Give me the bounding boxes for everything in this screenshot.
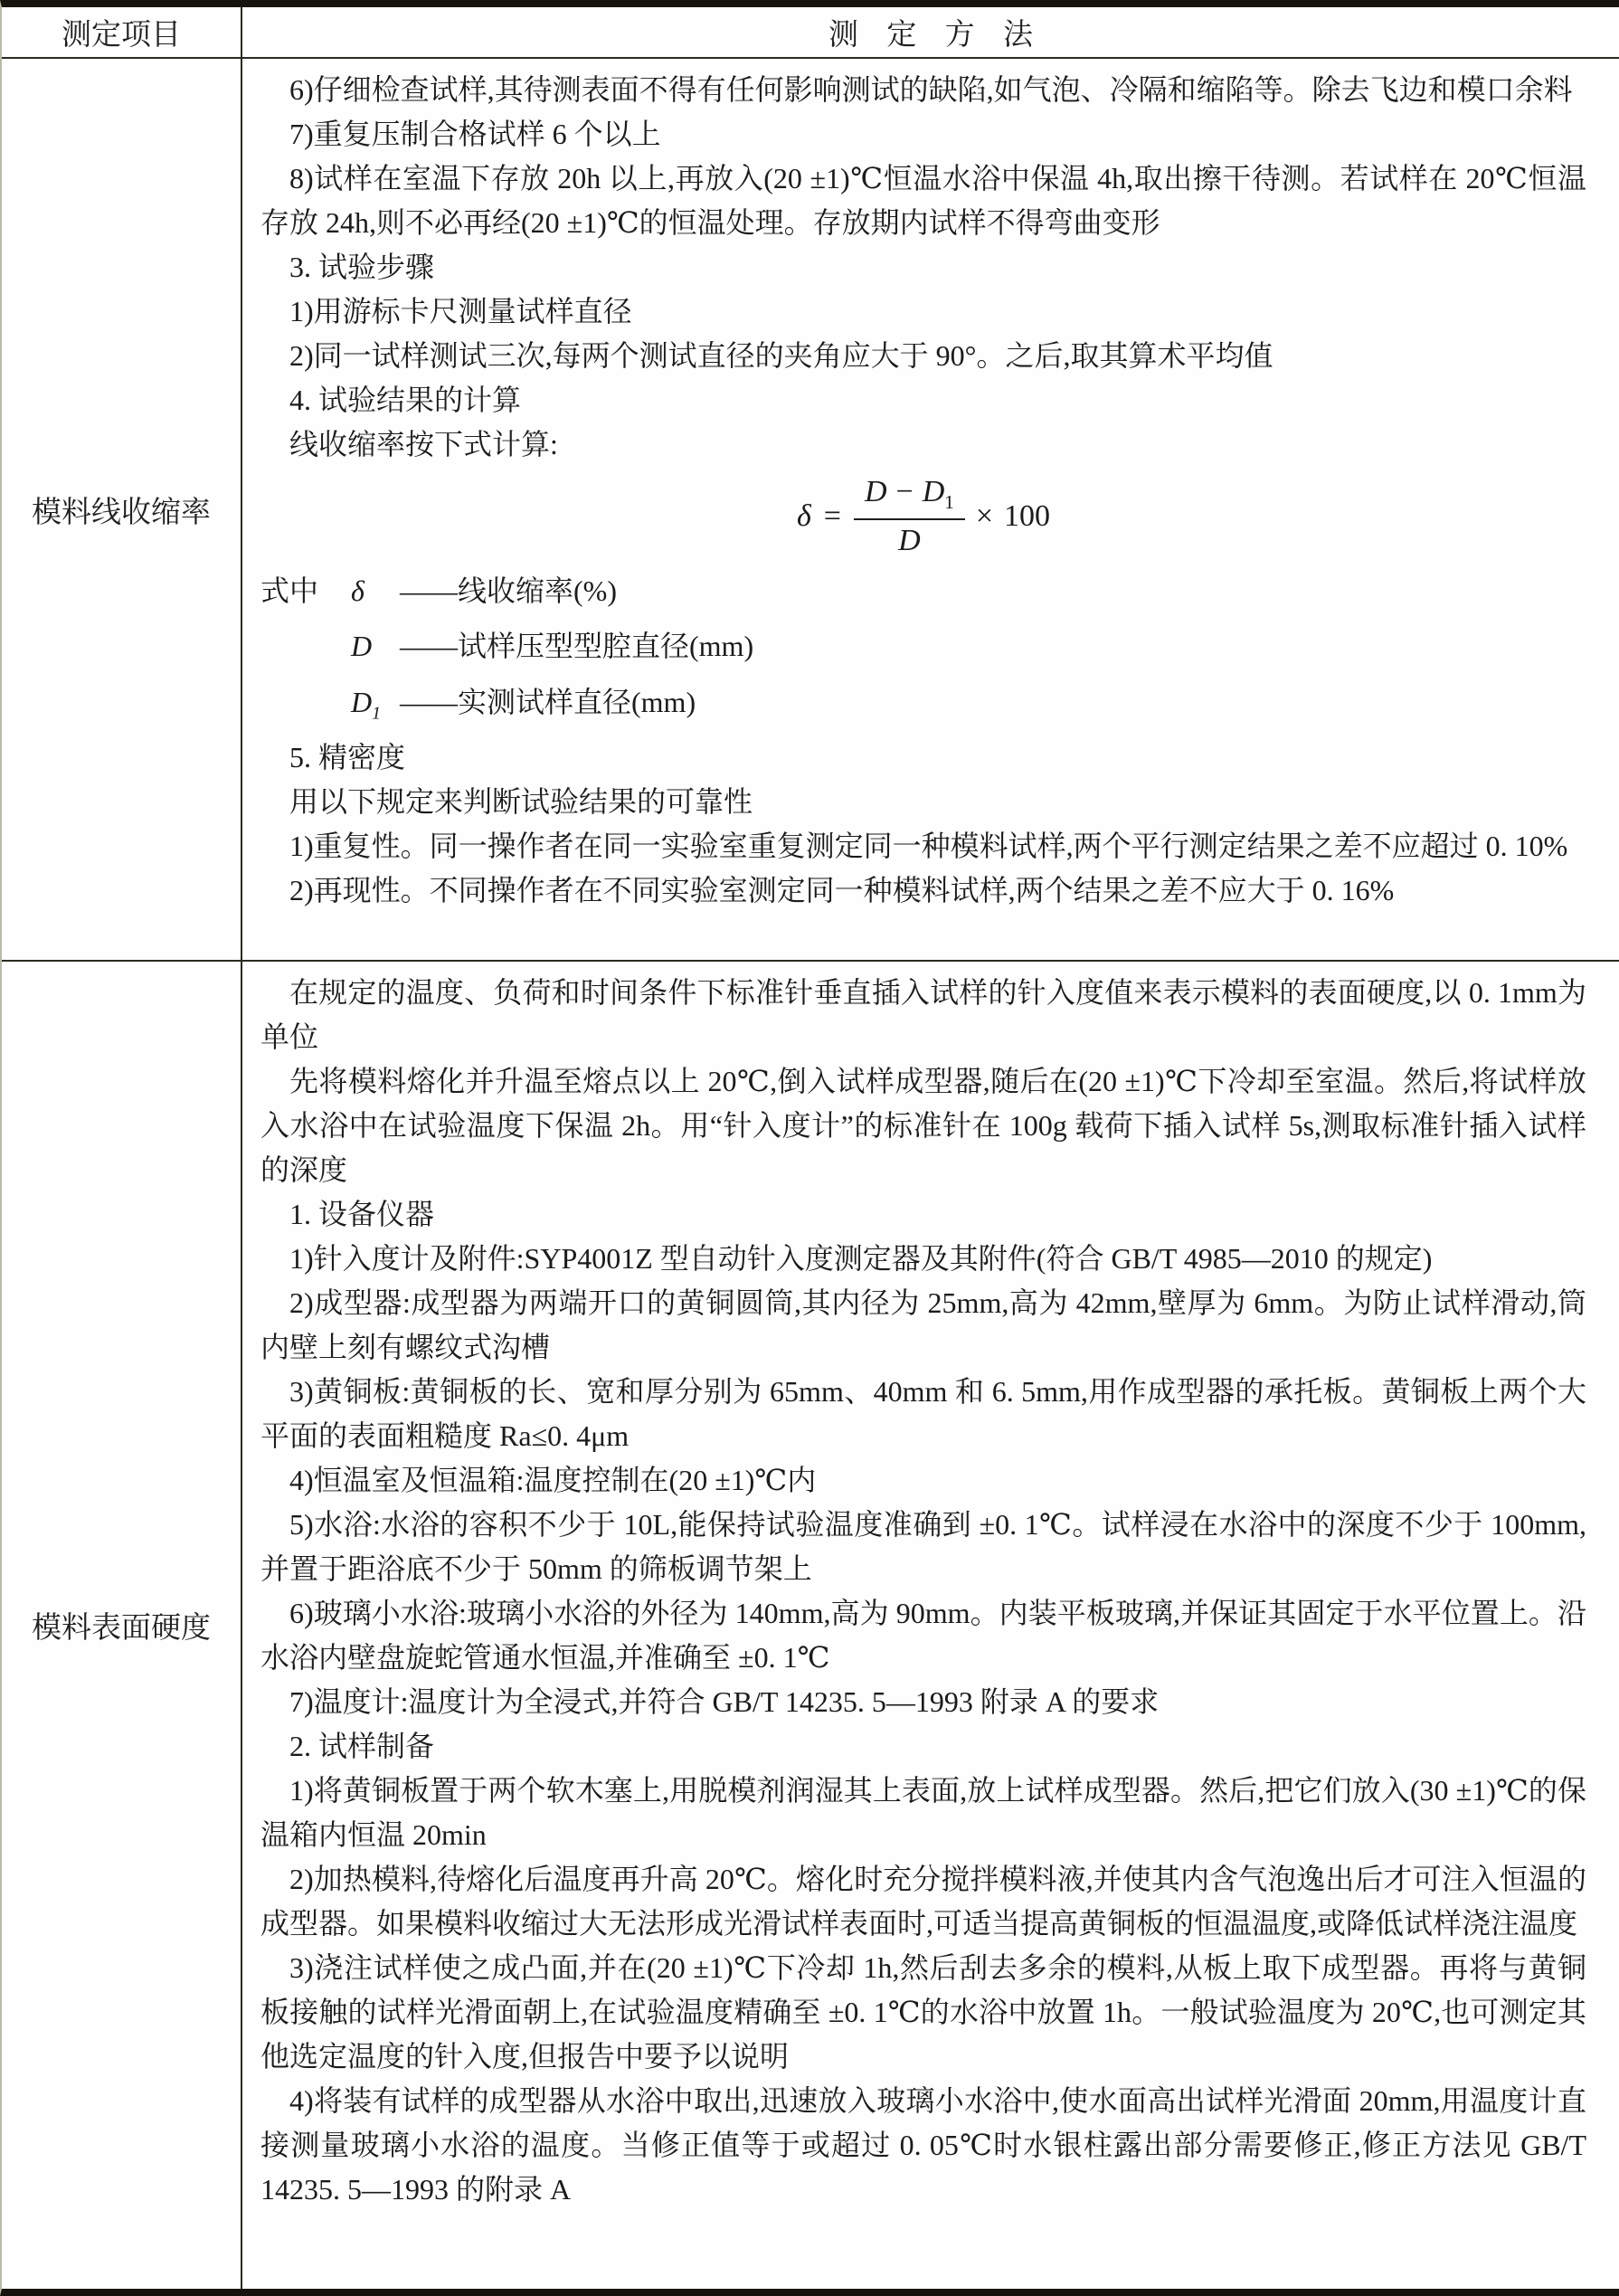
column-header-item: 测定项目 [2, 7, 242, 59]
row-label-cell-shrinkage: 模料线收缩率 [2, 59, 242, 962]
legend-line: D1——实测试样直径(mm) [260, 680, 1586, 735]
method-paragraph: 4. 试验结果的计算 [260, 378, 1586, 422]
formula-num-d1: D [923, 475, 945, 508]
legend-line: 式中δ——线收缩率(%) [260, 569, 1586, 624]
method-paragraph: 2)成型器:成型器为两端开口的黄铜圆筒,其内径为 25mm,高为 42mm,壁厚… [260, 1281, 1586, 1370]
row-label-cell-hardness: 模料表面硬度 [2, 962, 242, 2289]
test-methods-table: 测定项目 测定方法 模料线收缩率 6)仔细检查试样,其待测表面不得有任何影响测试… [0, 0, 1619, 2296]
method-paragraph: 先将模料熔化并升温至熔点以上 20℃,倒入试样成型器,随后在(20 ±1)℃下冷… [260, 1059, 1586, 1192]
method-paragraph: 5. 精密度 [260, 735, 1586, 780]
legend-symbol: δ [351, 569, 400, 624]
method-paragraph: 5)水浴:水浴的容积不少于 10L,能保持试验温度准确到 ±0. 1℃。试样浸在… [260, 1503, 1586, 1591]
method-paragraph: 1)针入度计及附件:SYP4001Z 型自动针入度测定器及其附件(符合 GB/T… [260, 1237, 1586, 1281]
column-header-method-label: 测定方法 [828, 11, 1061, 53]
method-paragraph: 线收缩率按下式计算: [260, 422, 1586, 467]
formula-fraction: D−D1 D [854, 474, 965, 560]
formula-denominator: D [898, 520, 921, 560]
method-paragraph: 1)用游标卡尺测量试样直径 [260, 289, 1586, 334]
legend-symbol: D [351, 624, 400, 679]
row-label-shrinkage: 模料线收缩率 [32, 489, 211, 531]
method-paragraph: 2)同一试样测试三次,每两个测试直径的夹角应大于 90°。之后,取其算术平均值 [260, 334, 1586, 378]
formula-times: × [976, 498, 993, 536]
method-paragraph: 1. 设备仪器 [260, 1192, 1586, 1237]
legend-lead: 式中 [260, 569, 351, 613]
method-paragraph: 3. 试验步骤 [260, 245, 1586, 289]
method-paragraph: 7)温度计:温度计为全浸式,并符合 GB/T 14235. 5—1993 附录 … [260, 1680, 1586, 1724]
formula-num-d: D [865, 475, 887, 508]
formula-lhs: δ [797, 498, 811, 536]
legend-symbol: D1 [351, 680, 400, 735]
formula-minus: − [896, 475, 914, 508]
formula-equals: = [824, 498, 841, 536]
method-paragraph: 1)重复性。同一操作者在同一实验室重复测定同一种模料试样,两个平行测定结果之差不… [260, 824, 1586, 868]
method-paragraph: 4)恒温室及恒温箱:温度控制在(20 ±1)℃内 [260, 1458, 1586, 1503]
method-paragraph: 4)将装有试样的成型器从水浴中取出,迅速放入玻璃小水浴中,使水面高出试样光滑面 … [260, 2079, 1586, 2212]
formula-num-d1-sub: 1 [944, 491, 954, 513]
method-paragraph: 在规定的温度、负荷和时间条件下标准针垂直插入试样的针入度值来表示模料的表面硬度,… [260, 971, 1586, 1059]
method-paragraph: 3)浇注试样使之成凸面,并在(20 ±1)℃下冷却 1h,然后刮去多余的模料,从… [260, 1946, 1586, 2079]
formula-legend: 式中δ——线收缩率(%) D——试样压型型腔直径(mm) D1——实测试样直径(… [260, 569, 1586, 735]
method-paragraph: 8)试样在室温下存放 20h 以上,再放入(20 ±1)℃恒温水浴中保温 4h,… [260, 157, 1586, 245]
method-paragraph: 2)再现性。不同操作者在不同实验室测定同一种模料试样,两个结果之差不应大于 0.… [260, 868, 1586, 913]
method-paragraph: 2. 试样制备 [260, 1724, 1586, 1769]
method-paragraph: 7)重复压制合格试样 6 个以上 [260, 112, 1586, 157]
document-page: 测定项目 测定方法 模料线收缩率 6)仔细检查试样,其待测表面不得有任何影响测试… [0, 0, 1619, 2296]
method-paragraph: 6)玻璃小水浴:玻璃小水浴的外径为 140mm,高为 90mm。内装平板玻璃,并… [260, 1591, 1586, 1680]
method-paragraph: 1)将黄铜板置于两个软木塞上,用脱模剂润湿其上表面,放上试样成型器。然后,把它们… [260, 1769, 1586, 1857]
shrinkage-formula: δ = D−D1 D × 100 [260, 474, 1586, 560]
method-paragraph: 用以下规定来判断试验结果的可靠性 [260, 780, 1586, 824]
formula-factor: 100 [1004, 498, 1050, 536]
method-content-hardness: 在规定的温度、负荷和时间条件下标准针垂直插入试样的针入度值来表示模料的表面硬度,… [242, 962, 1619, 2289]
method-content-shrinkage: 6)仔细检查试样,其待测表面不得有任何影响测试的缺陷,如气泡、冷隔和缩陷等。除去… [242, 59, 1619, 962]
method-paragraph: 3)黄铜板:黄铜板的长、宽和厚分别为 65mm、40mm 和 6. 5mm,用作… [260, 1370, 1586, 1458]
formula-numerator: D−D1 [854, 474, 965, 520]
row-label-hardness: 模料表面硬度 [32, 1604, 211, 1646]
column-header-item-label: 测定项目 [62, 11, 181, 53]
legend-desc: ——试样压型型腔直径(mm) [400, 630, 753, 662]
legend-desc: ——线收缩率(%) [400, 574, 617, 607]
method-paragraph: 6)仔细检查试样,其待测表面不得有任何影响测试的缺陷,如气泡、冷隔和缩陷等。除去… [260, 68, 1586, 112]
method-paragraph: 2)加热模料,待熔化后温度再升高 20℃。熔化时充分搅拌模料液,并使其内含气泡逸… [260, 1857, 1586, 1946]
column-header-method: 测定方法 [242, 7, 1619, 59]
legend-line: D——试样压型型腔直径(mm) [260, 624, 1586, 679]
legend-desc: ——实测试样直径(mm) [400, 686, 696, 718]
